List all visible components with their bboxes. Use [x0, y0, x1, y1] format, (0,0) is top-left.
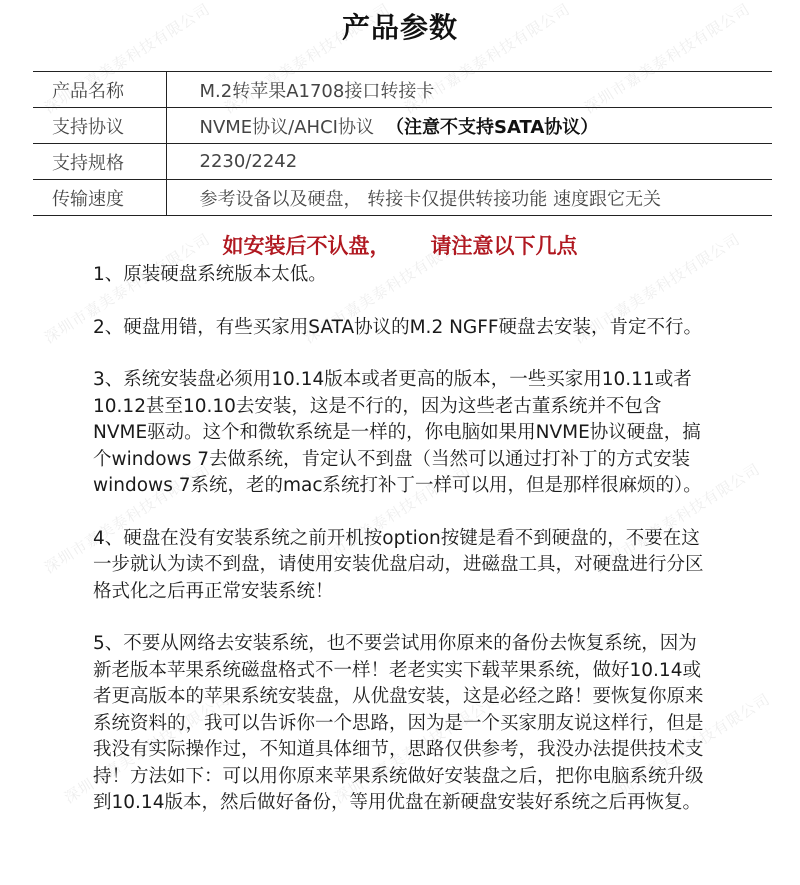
spec-value-text: 参考设备以及硬盘， 转接卡仅提供转接功能 速度跟它无关 [200, 189, 661, 210]
note-item-1: 1、原装硬盘系统版本太低。 [93, 262, 713, 289]
spec-row-product-name: 产品名称 M.2转苹果A1708接口转接卡 [33, 72, 772, 108]
spec-label: 支持协议 [33, 108, 166, 144]
spec-value: 2230/2242 [166, 144, 772, 180]
spec-value-text: NVME协议/AHCI协议 [200, 117, 374, 138]
warning-heading: 如安装后不认盘，请注意以下几点 [0, 230, 800, 260]
spec-label: 产品名称 [33, 72, 166, 108]
spec-value: M.2转苹果A1708接口转接卡 [166, 72, 772, 108]
spec-row-protocol: 支持协议 NVME协议/AHCI协议（注意不支持SATA协议） [33, 108, 772, 144]
page-title: 产品参数 [0, 6, 800, 46]
spec-value-text: 2230/2242 [200, 151, 298, 172]
spec-value-text: M.2转苹果A1708接口转接卡 [200, 81, 435, 102]
note-item-3: 3、系统安装盘必须用10.14版本或者更高的版本，一些买家用10.11或者10.… [93, 367, 713, 500]
warning-part-1: 如安装后不认盘， [223, 234, 391, 258]
spec-row-size: 支持规格 2230/2242 [33, 144, 772, 180]
spec-value: 参考设备以及硬盘， 转接卡仅提供转接功能 速度跟它无关 [166, 180, 772, 216]
warning-part-2: 请注意以下几点 [431, 234, 578, 258]
note-item-4: 4、硬盘在没有安装系统之前开机按option按键是看不到硬盘的，不要在这一步就认… [93, 526, 713, 606]
troubleshooting-notes: 1、原装硬盘系统版本太低。 2、硬盘用错，有些买家用SATA协议的M.2 NGF… [93, 262, 713, 843]
spec-label: 支持规格 [33, 144, 166, 180]
spec-row-speed: 传输速度 参考设备以及硬盘， 转接卡仅提供转接功能 速度跟它无关 [33, 180, 772, 216]
note-item-5: 5、不要从网络去安装系统，也不要尝试用你原来的备份去恢复系统，因为新老版本苹果系… [93, 631, 713, 817]
spec-note: （注意不支持SATA协议） [386, 117, 598, 138]
spec-value: NVME协议/AHCI协议（注意不支持SATA协议） [166, 108, 772, 144]
spec-table: 产品名称 M.2转苹果A1708接口转接卡 支持协议 NVME协议/AHCI协议… [33, 71, 772, 216]
note-item-2: 2、硬盘用错，有些买家用SATA协议的M.2 NGFF硬盘去安装，肯定不行。 [93, 315, 713, 342]
spec-label: 传输速度 [33, 180, 166, 216]
